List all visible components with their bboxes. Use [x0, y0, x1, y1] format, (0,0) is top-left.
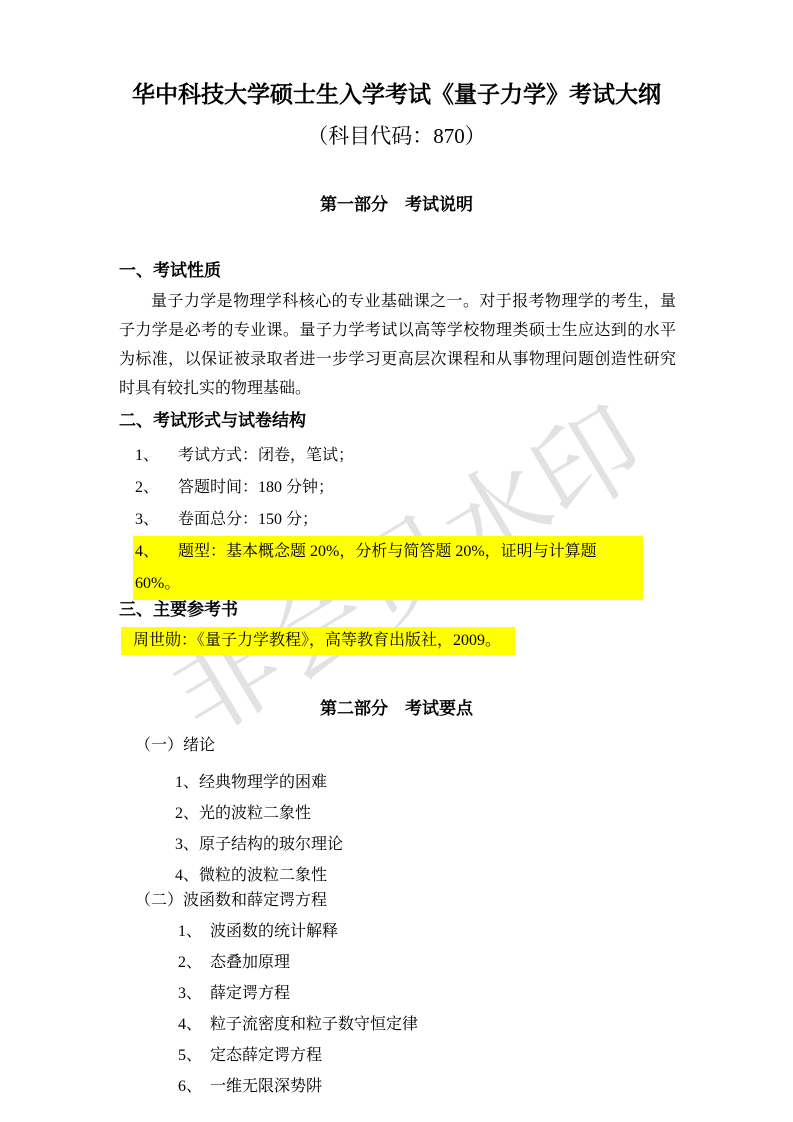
item-text: 考试方式：闭卷，笔试；	[178, 447, 354, 464]
subtopic-item: 6、一维无限深势阱	[178, 1071, 793, 1102]
item-number: 3、	[178, 978, 210, 1009]
reference-line-highlighted: 周世勋：《量子力学教程》，高等教育出版社，2009。	[121, 627, 515, 655]
part2-heading: 第二部分 考试要点	[0, 697, 793, 721]
item-text: 答题时间：180 分钟；	[178, 479, 334, 496]
item-number: 4、	[135, 536, 178, 568]
item-number: 2、	[175, 805, 199, 822]
list-item: 3、卷面总分：150 分；	[135, 504, 793, 536]
item-number: 5、	[178, 1040, 210, 1071]
item-number: 1、	[175, 774, 199, 791]
item-number: 4、	[175, 867, 199, 884]
item-number: 6、	[178, 1071, 210, 1102]
item-number: 2、	[178, 947, 210, 978]
item-number: 1、	[135, 440, 178, 472]
list-item: 2、答题时间：180 分钟；	[135, 472, 793, 504]
item-text: 光的波粒二象性	[199, 805, 311, 822]
item-text: 粒子流密度和粒子数守恒定律	[210, 1016, 418, 1033]
item-number: 2、	[135, 472, 178, 504]
item-text: 题型：基本概念题 20%，分析与简答题 20%，证明与计算题 60%。	[135, 543, 597, 592]
exam-nature-paragraph: 量子力学是物理学科核心的专业基础课之一。对于报考物理学的考生，量子力学是必考的专…	[119, 287, 676, 403]
section-heading-exam-format: 二、考试形式与试卷结构	[119, 409, 793, 433]
item-number: 1、	[178, 916, 210, 947]
item-text: 微粒的波粒二象性	[199, 867, 327, 884]
part1-heading: 第一部分 考试说明	[0, 193, 793, 217]
section-heading-exam-nature: 一、考试性质	[119, 259, 793, 283]
subtopic-item: 3、薛定谔方程	[178, 978, 793, 1009]
item-text: 卷面总分：150 分；	[178, 511, 318, 528]
item-number: 3、	[175, 836, 199, 853]
topic-introduction-list: 1、经典物理学的困难 2、光的波粒二象性 3、原子结构的玻尔理论 4、微粒的波粒…	[0, 767, 793, 891]
topic-wavefunction-list: 1、波函数的统计解释 2、态叠加原理 3、薛定谔方程 4、粒子流密度和粒子数守恒…	[0, 916, 793, 1102]
item-text: 态叠加原理	[210, 954, 290, 971]
item-text: 原子结构的玻尔理论	[199, 836, 343, 853]
subtopic-item: 3、原子结构的玻尔理论	[175, 829, 793, 860]
topic-label-introduction: （一）绪论	[135, 734, 793, 758]
list-item-highlighted: 4、题型：基本概念题 20%，分析与简答题 20%，证明与计算题 60%。	[133, 536, 643, 600]
item-text: 波函数的统计解释	[210, 923, 338, 940]
list-item: 1、考试方式：闭卷，笔试；	[135, 440, 793, 472]
document-page: 华中科技大学硕士生入学考试《量子力学》考试大纲 （科目代码：870） 第一部分 …	[0, 0, 793, 1122]
topic-label-wavefunction: （二）波函数和薛定谔方程	[135, 889, 793, 913]
subtopic-item: 2、态叠加原理	[178, 947, 793, 978]
item-number: 3、	[135, 504, 178, 536]
item-text: 经典物理学的困难	[199, 774, 327, 791]
item-text: 一维无限深势阱	[210, 1078, 322, 1095]
document-title: 华中科技大学硕士生入学考试《量子力学》考试大纲	[0, 81, 793, 109]
subtopic-item: 4、微粒的波粒二象性	[175, 860, 793, 891]
subtopic-item: 4、粒子流密度和粒子数守恒定律	[178, 1009, 793, 1040]
subtopic-item: 5、定态薛定谔方程	[178, 1040, 793, 1071]
section-heading-references: 三、主要参考书	[119, 598, 793, 622]
exam-format-list: 1、考试方式：闭卷，笔试； 2、答题时间：180 分钟； 3、卷面总分：150 …	[0, 440, 793, 600]
subtopic-item: 1、经典物理学的困难	[175, 767, 793, 798]
item-number: 4、	[178, 1009, 210, 1040]
subject-code: （科目代码：870）	[0, 123, 793, 149]
subtopic-item: 2、光的波粒二象性	[175, 798, 793, 829]
item-text: 定态薛定谔方程	[210, 1047, 322, 1064]
item-text: 薛定谔方程	[210, 985, 290, 1002]
subtopic-item: 1、波函数的统计解释	[178, 916, 793, 947]
